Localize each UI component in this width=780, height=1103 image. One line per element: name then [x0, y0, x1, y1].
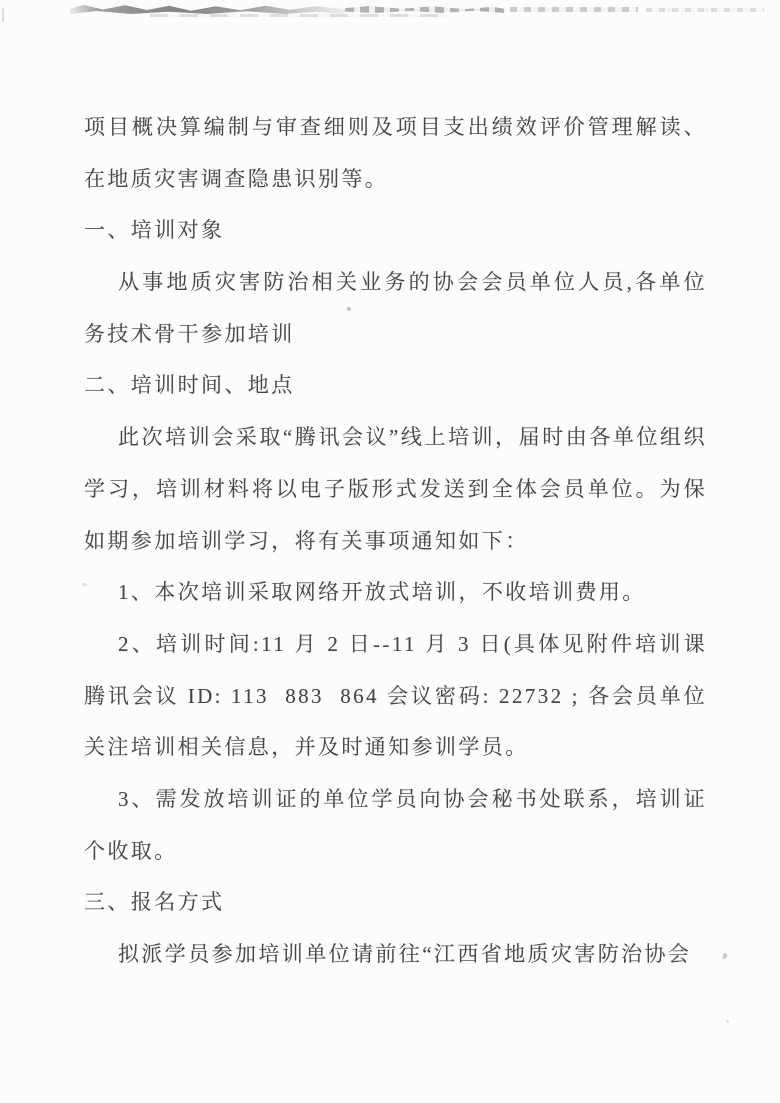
text-line: 1、本次培训采取网络开放式培训，不收培训费用。	[84, 567, 707, 619]
scan-speck	[347, 307, 351, 311]
text-line: 务技术骨干参加培训	[84, 309, 707, 361]
text-line: 3、需发放培训证的单位学员向协会秘书处联系，培训证按 100 元/	[84, 774, 707, 826]
document-body: 项目概决算编制与审查细则及项目支出绩效评价管理解读、InSAR 技术在地质灾害调…	[84, 102, 707, 981]
text-line: 拟派学员参加培训单位请前往“江西省地质灾害防治协会网站	[84, 929, 707, 981]
scan-speck	[726, 1020, 729, 1023]
scan-artifact-top-edge	[345, 6, 505, 13]
text-line: 从事地质灾害防治相关业务的协会会员单位人员,各单位可选派业	[84, 257, 707, 309]
text-line: 学习，培训材料将以电子版形式发送到全体会员单位。为保证参训人员	[84, 464, 707, 516]
text-line: 个收取。	[84, 826, 707, 878]
scan-speck	[82, 583, 87, 586]
scan-artifact-left-edge	[2, 8, 4, 22]
text-line: 在地质灾害调查隐患识别等。	[84, 154, 707, 206]
section-heading: 二、培训时间、地点	[84, 360, 707, 412]
scan-speck	[722, 953, 727, 960]
text-line: 如期参加培训学习，将有关事项通知如下：	[84, 516, 707, 568]
scanned-document-page: 项目概决算编制与审查细则及项目支出绩效评价管理解读、InSAR 技术在地质灾害调…	[0, 0, 780, 1103]
text-line: 2、培训时间:11 月 2 日--11 月 3 日(具体见附件培训课程安排表),	[84, 619, 707, 671]
scan-artifact-top-edge	[70, 4, 345, 14]
text-line: 腾讯会议 ID: 113 883 864 会议密码: 22732 ; 各会员单位…	[84, 671, 707, 723]
scan-artifact-top-edge	[646, 8, 764, 12]
text-line: 项目概决算编制与审查细则及项目支出绩效评价管理解读、InSAR 技术	[84, 102, 707, 154]
section-heading: 一、培训对象	[84, 205, 707, 257]
text-line: 此次培训会采取“腾讯会议”线上培训，届时由各单位组织分会场	[84, 412, 707, 464]
scan-artifact-top-edge	[510, 7, 638, 12]
section-heading: 三、报名方式	[84, 877, 707, 929]
text-line: 关注培训相关信息，并及时通知参训学员。	[84, 722, 707, 774]
scan-artifact-top-edge	[150, 14, 450, 17]
